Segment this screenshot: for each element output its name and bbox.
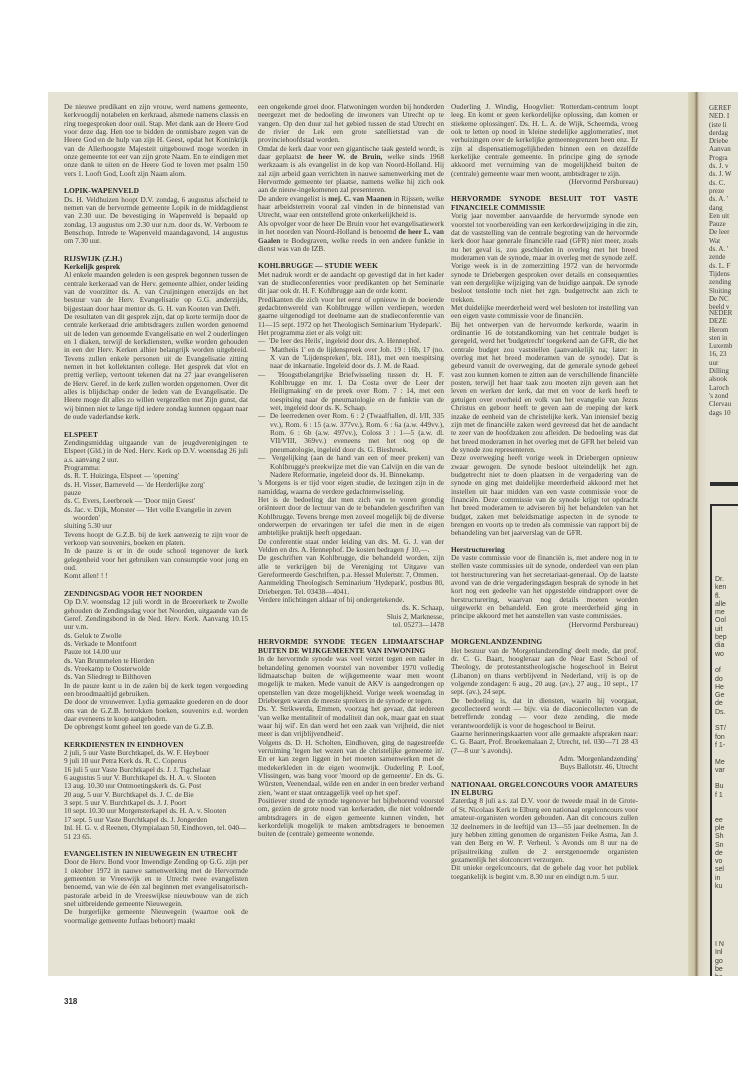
- adjacent-page-line: alsook: [709, 375, 732, 383]
- adjacent-page-line: ds. J. W: [709, 170, 731, 178]
- zendingsdag-speaker-list: ds. Geluk te Zwolleds. Verkade te Montfo…: [64, 632, 248, 682]
- page-number: 318: [64, 997, 77, 1006]
- kohlbrugge-text-5: Het is de bedoeling dat men zich van te …: [258, 496, 444, 538]
- adjacent-page-line: DEZE: [709, 317, 732, 325]
- adjacent-page-line: 's zond: [709, 392, 732, 400]
- source-hervormd-persbureau: (Hervormd Persbureau): [451, 178, 638, 186]
- elspeet-text: Zendingsmiddag uitgaande van de jeugdver…: [64, 439, 248, 464]
- adjacent-page-line: de: [715, 850, 727, 858]
- adjacent-page-line: [715, 808, 727, 816]
- rijswijk-text-1: Al enkele maanden geleden is een gesprek…: [64, 271, 248, 313]
- elspeet-program-list: ds. R. T. Huizinga, Elspeet — 'opening'd…: [64, 472, 248, 530]
- adjacent-page-line: Herom: [709, 326, 732, 334]
- zendingsdag-text: Op D.V. woensdag 12 juli wordt in de Bro…: [64, 598, 248, 631]
- heading-synode-lidmaatschap: HERVORMDE SYNODE TEGEN LIDMAATSCHAP BUIT…: [258, 638, 444, 655]
- adjacent-page-line: derdag: [709, 129, 731, 137]
- kohlbrugge-text-4: 's Morgens is er tijd voor eigen studie,…: [258, 479, 444, 496]
- adjacent-page-line: he: [715, 974, 727, 976]
- adjacent-page-line: Ds.: [715, 709, 727, 717]
- evangelisten-text-gaalen: Als opvolger voor de heer De Bruin voor …: [258, 220, 444, 253]
- adjacent-page-line: me: [715, 609, 727, 617]
- adjacent-page-line: ds. C.: [709, 179, 731, 187]
- adjacent-page-line: ds. J. v: [709, 162, 731, 170]
- adjacent-page-line: [715, 659, 727, 667]
- kohlbrugge-text-6: De conferentie staat onder leiding van d…: [258, 538, 444, 555]
- financien-text-6: De vaste commissie voor de financiën is,…: [451, 554, 638, 621]
- adjacent-page-line: Ool: [715, 617, 727, 625]
- adjacent-page-line: Aanvan: [709, 145, 731, 153]
- adjacent-page-line: Laroch: [709, 384, 732, 392]
- page-gutter: [688, 92, 706, 976]
- heading-orgelconcours: NATIONAAL ORGELCONCOURS VOOR AMATEURS IN…: [451, 781, 638, 798]
- adjacent-page-line: ds. L. F: [709, 262, 731, 270]
- adjacent-page-line: dang: [709, 204, 731, 212]
- zendingsdag-text-3: De door de vrouwenver. Lydia gemaakte go…: [64, 698, 248, 723]
- adjacent-page-line: Progra: [709, 154, 731, 162]
- adjacent-page-line: sten in: [709, 334, 732, 342]
- financien-text-5: Deze overweging heeft vorige week in Dri…: [451, 454, 638, 537]
- adjacent-page-line: Sh: [715, 833, 727, 841]
- kohlbrugge-text-7: De geschriften van Kohlbrugge, die behan…: [258, 554, 444, 579]
- signature-line: Buys Ballotstr. 46, Utrecht: [451, 763, 638, 771]
- program-item: — 'Hoogstbelangrijke Briefwisseling tuss…: [258, 371, 444, 413]
- adjacent-page-line: alle: [715, 601, 727, 609]
- adjacent-page-line: [715, 800, 727, 808]
- heading-financiele-commissie: HERVORMDE SYNODE BESLUIT TOT VASTE FINAN…: [451, 195, 638, 212]
- kohlbrugge-text-2: Predikanten die zich voor het eerst of o…: [258, 296, 444, 329]
- signature-line: tel. 05273—1478: [258, 621, 444, 629]
- program-item: — Vergelijking (aan de hand van een of m…: [258, 454, 444, 479]
- elspeet-text-2: Tevens hoopt de G.Z.B. bij de kerk aanwe…: [64, 531, 248, 548]
- adjacent-page-line: [715, 775, 727, 783]
- eindhoven-info: Inl. H. G. v. d Reenen, Olympialaan 50, …: [64, 824, 248, 841]
- morgenland-signature: Adm. 'Morgenlandzending'Buys Ballotstr. …: [451, 755, 638, 772]
- adjacent-page-line: zending: [709, 278, 731, 286]
- adjacent-page-line: GEREF: [709, 104, 731, 112]
- kohlbrugge-signature: ds. K. Schaap,Sluis 2, Marknesse,tel. 05…: [258, 604, 444, 629]
- adjacent-page-line: Dilling: [709, 367, 732, 375]
- adjacent-page-box: Dr.kenfl.allemeOoluitbepdiawo ofdoHeGede…: [710, 504, 738, 976]
- zendingsdag-text-2: In de pauze kunt u in de zalen bij de ke…: [64, 682, 248, 699]
- synode-text-4: Positiever stond de synode tegenover het…: [258, 797, 444, 839]
- program-item: — De leerredenen over Rom. 6 : 2 (Twaalf…: [258, 412, 444, 454]
- adjacent-page-line: do: [715, 676, 727, 684]
- adjacent-page-line: f 1-: [715, 742, 727, 750]
- elspeet-text-3: In de pauze is er in de oude school tege…: [64, 547, 248, 572]
- adjacent-page-line: [715, 717, 727, 725]
- adjacent-page-line: go: [715, 958, 727, 966]
- adjacent-page-box-text: Dr.kenfl.allemeOoluitbepdiawo ofdoHeGede…: [715, 576, 727, 976]
- adjacent-page-line: Ge: [715, 692, 727, 700]
- adjacent-page-text-mid: NEDERDEZEHeromsten inLuxemb16, 23uurDill…: [709, 309, 732, 417]
- adjacent-page-line: ee: [715, 817, 727, 825]
- synode-text: In de hervormde synode was veel verzet t…: [258, 655, 444, 705]
- orgel-text: Zaterdag 8 juli a.s. zal D.V. voor de tw…: [451, 797, 638, 864]
- adjacent-page-line: wo: [715, 651, 727, 659]
- adjacent-page-line: Me: [715, 759, 727, 767]
- adjacent-page-line: var: [715, 767, 727, 775]
- adjacent-page-line: He: [715, 684, 727, 692]
- adjacent-page-line: fl.: [715, 593, 727, 601]
- program-item: ds. Jac. v. Dijk, Monster — 'Het volle E…: [64, 506, 248, 523]
- adjacent-page-line: f 1: [715, 792, 727, 800]
- adjacent-page-line: vo: [715, 858, 727, 866]
- adjacent-page-line: dia: [715, 642, 727, 650]
- adjacent-page-line: [715, 908, 727, 916]
- orgel-text-2: Dit unieke orgelconcours, dat de gehele …: [451, 864, 638, 881]
- adjacent-page-line: ST/: [715, 725, 727, 733]
- adjacent-page-line: ds. A. ': [709, 245, 731, 253]
- adjacent-page-line: ken: [715, 584, 727, 592]
- adjacent-page-line: bep: [715, 634, 727, 642]
- adjacent-page-line: fon: [715, 734, 727, 742]
- adjacent-page-line: be: [715, 966, 727, 974]
- adjacent-page-line: (iste li: [709, 121, 731, 129]
- adjacent-page-line: [715, 933, 727, 941]
- adjacent-page-line: Wat: [709, 237, 731, 245]
- adjacent-page-line: De NC: [709, 295, 731, 303]
- kohlbrugge-text-8: Aanmelding Theologisch Seminarium 'Hydep…: [258, 579, 444, 596]
- adjacent-page-line: dags 10: [709, 409, 732, 417]
- intro-paragraph: De nieuwe predikant en zijn vrouw, werd …: [64, 103, 248, 178]
- evangelisten-text: Door de Herv. Bond voor Inwendige Zendin…: [64, 858, 248, 908]
- adjacent-page-line: ku: [715, 883, 727, 891]
- adjacent-page-line: of: [715, 667, 727, 675]
- morgenland-text-3: Gaarne herinneringskaarten voor alle gem…: [451, 730, 638, 755]
- evangelisten-continued: een ongekende groei door. Flatwoningen w…: [258, 103, 444, 145]
- adjacent-page-line: zende: [709, 253, 731, 261]
- adjacent-page-text-top: GEREFNED. I(iste liderdagDriebeAanvanPro…: [709, 104, 731, 311]
- adjacent-page-line: in: [715, 875, 727, 883]
- column-2: een ongekende groei door. Flatwoningen w…: [258, 103, 444, 839]
- evangelisten-text-2: De burgerlijke gemeente Nieuwegein (waar…: [64, 908, 248, 925]
- rijswijk-text-2: De resultaten van dit gesprek zijn, dat …: [64, 313, 248, 421]
- kohlbrugge-text: Met nadruk wordt er de aandacht op geves…: [258, 271, 444, 296]
- lopik-text: Ds. H. Veldhuizen hoopt D.V. zondag, 6 a…: [64, 196, 248, 246]
- synode-continued: Ouderling J. Windig, Hoogvliet: 'Rotterd…: [451, 103, 638, 178]
- adjacent-page-line: Clervau: [709, 400, 732, 408]
- adjacent-page-line: Pauze: [709, 220, 731, 228]
- elspeet-closing: Komt allen! ! !: [64, 572, 248, 580]
- column-3: Ouderling J. Windig, Hoogvliet: 'Rotterd…: [451, 103, 638, 881]
- adjacent-page-line: [715, 916, 727, 924]
- adjacent-page-line: 16, 23: [709, 350, 732, 358]
- adjacent-page-line: [715, 891, 727, 899]
- adjacent-page-line: [715, 900, 727, 908]
- adjacent-page-line: Luxemb: [709, 342, 732, 350]
- financien-text-4: Bij het ontwerpen van de hervormde kerko…: [451, 321, 638, 455]
- adjacent-page-line: Dr.: [715, 576, 727, 584]
- adjacent-page-line: Driebe: [709, 137, 731, 145]
- morgenland-text: Het bestuur van de 'Morgenlandzending' d…: [451, 647, 638, 697]
- adjacent-page-line: ple: [715, 825, 727, 833]
- adjacent-page-line: preze: [709, 187, 731, 195]
- financien-text-2: Vorige week is in de zomerzitting 1972 v…: [451, 262, 638, 304]
- adjacent-page-line: uit: [715, 626, 727, 634]
- adjacent-page-line: I N: [715, 941, 727, 949]
- column-1: De nieuwe predikant en zijn vrouw, werd …: [64, 103, 248, 925]
- synode-text-2: Ds. Y. Strikwerda, Emmen, voorzag het ge…: [258, 705, 444, 738]
- adjacent-page: GEREFNED. I(iste liderdagDriebeAanvanPro…: [706, 92, 738, 976]
- adjacent-page-line: ds. A. ': [709, 195, 731, 203]
- evangelisten-text-bruin: Omdat de kerk daar voor een gigantische …: [258, 145, 444, 195]
- morgenland-text-2: De bedoeling is, dat in diensten, waarin…: [451, 697, 638, 730]
- program-item: — 'Mattheüs 1' en de lijdenspreek over J…: [258, 346, 444, 371]
- evangelisten-text-maanen: De andere evangelist is mej. C. van Maan…: [258, 195, 444, 220]
- adjacent-page-line: NED. I: [709, 112, 731, 120]
- adjacent-page-line: sel: [715, 866, 727, 874]
- adjacent-page-line: Inl: [715, 949, 727, 957]
- adjacent-page-line: Tijdens: [709, 270, 731, 278]
- adjacent-page-line: Een uit: [709, 212, 731, 220]
- source-hervormd-persbureau-2: (Hervormd Persbureau): [451, 621, 638, 629]
- adjacent-page-line: Sn: [715, 842, 727, 850]
- adjacent-page-line: Bu: [715, 783, 727, 791]
- kohlbrugge-program-list: — 'De leer des Heils', ingeleid door drs…: [258, 337, 444, 479]
- adjacent-page-line: NEDER: [709, 309, 732, 317]
- adjacent-page-rule: [710, 482, 738, 486]
- financien-text-3: Met duidelijke meerderheid werd wel besl…: [451, 304, 638, 321]
- synode-text-3: Volgens ds. D. H. Scholten, Eindhoven, g…: [258, 739, 444, 797]
- adjacent-page-line: Sluiting: [709, 287, 731, 295]
- adjacent-page-line: uur: [709, 359, 732, 367]
- adjacent-page-line: De leer: [709, 228, 731, 236]
- eindhoven-service-list: 2 juli, 5 uur Vaste Burchtkapel, ds. W. …: [64, 749, 248, 824]
- adjacent-page-line: de: [715, 700, 727, 708]
- adjacent-page-line: [715, 924, 727, 932]
- zendingsdag-text-4: De opbrengst komt geheel ten goede van d…: [64, 723, 248, 731]
- program-item: ds. H. Visser, Barneveld — 'de Herderlij…: [64, 481, 248, 489]
- financien-text: Vorig jaar november aanvaardde de hervor…: [451, 212, 638, 262]
- adjacent-page-line: [715, 750, 727, 758]
